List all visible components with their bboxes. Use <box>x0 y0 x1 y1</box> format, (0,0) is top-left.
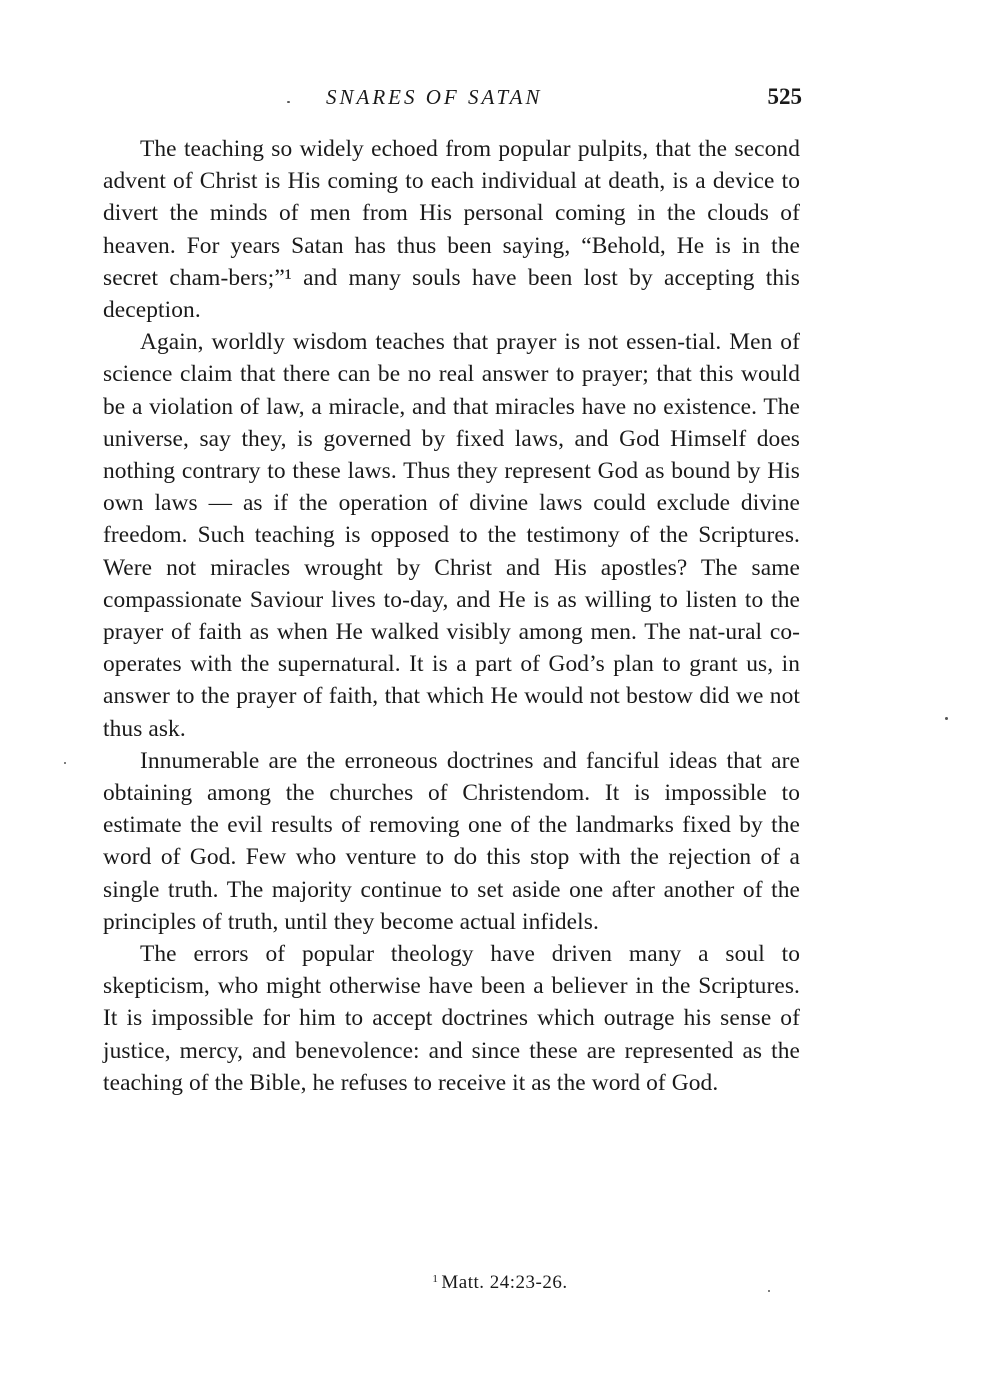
footnote: 1Matt. 24:23-26. <box>0 1272 1000 1294</box>
scan-speck <box>945 717 948 720</box>
page-header: SNARES OF SATAN 525 <box>286 84 802 114</box>
footnote-text: Matt. 24:23-26. <box>441 1272 567 1293</box>
scan-speck <box>64 762 66 764</box>
paragraph: Again, worldly wisdom teaches that praye… <box>103 326 800 745</box>
paragraph: The teaching so widely echoed from popul… <box>103 133 800 326</box>
footnote-marker: 1 <box>432 1273 438 1285</box>
scan-speck <box>768 1290 770 1292</box>
body-text: The teaching so widely echoed from popul… <box>103 133 800 1099</box>
page-number: 525 <box>768 84 803 110</box>
scan-speck <box>287 101 290 103</box>
running-head: SNARES OF SATAN <box>326 85 543 110</box>
paragraph: Innumerable are the erroneous doctrines … <box>103 745 800 938</box>
paragraph: The errors of popular theology have driv… <box>103 938 800 1099</box>
